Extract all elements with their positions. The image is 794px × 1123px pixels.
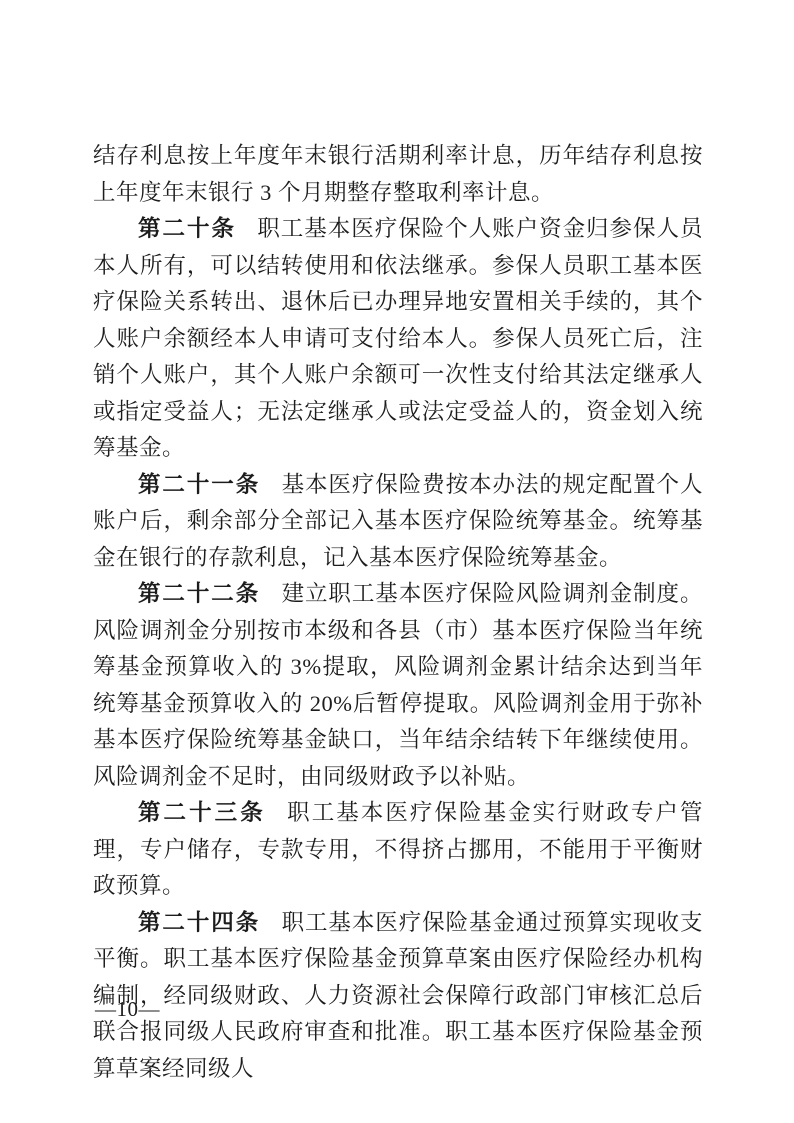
document-body: 结存利息按上年度年末银行活期利率计息，历年结存利息按上年度年末银行 3 个月期整… <box>93 138 703 1087</box>
paragraph-article-23: 第二十三条职工基本医疗保险基金实行财政专户管理，专户储存，专款专用，不得挤占挪用… <box>93 795 703 905</box>
article-number: 第二十四条 <box>138 910 260 935</box>
document-page: 结存利息按上年度年末银行活期利率计息，历年结存利息按上年度年末银行 3 个月期整… <box>0 0 794 1123</box>
article-number: 第二十二条 <box>138 581 260 606</box>
paragraph-text: 职工基本医疗保险个人账户资金归参保人员本人所有，可以结转使用和依法继承。参保人员… <box>93 216 703 460</box>
paragraph-article-21: 第二十一条基本医疗保险费按本办法的规定配置个人账户后，剩余部分全部记入基本医疗保… <box>93 467 703 577</box>
article-number: 第二十条 <box>138 216 236 241</box>
paragraph-text: 建立职工基本医疗保险风险调剂金制度。风险调剂金分别按市本级和各县（市）基本医疗保… <box>93 581 703 789</box>
paragraph-article-20: 第二十条职工基本医疗保险个人账户资金归参保人员本人所有，可以结转使用和依法继承。… <box>93 211 703 467</box>
page-number: —10— <box>95 997 160 1022</box>
paragraph-article-24: 第二十四条职工基本医疗保险基金通过预算实现收支平衡。职工基本医疗保险基金预算草案… <box>93 905 703 1088</box>
article-number: 第二十一条 <box>138 472 260 497</box>
article-number: 第二十三条 <box>138 800 266 825</box>
paragraph-text: 结存利息按上年度年末银行活期利率计息，历年结存利息按上年度年末银行 3 个月期整… <box>93 143 703 205</box>
paragraph-text: 职工基本医疗保险基金通过预算实现收支平衡。职工基本医疗保险基金预算草案由医疗保险… <box>93 910 703 1081</box>
paragraph-continuation: 结存利息按上年度年末银行活期利率计息，历年结存利息按上年度年末银行 3 个月期整… <box>93 138 703 211</box>
paragraph-article-22: 第二十二条建立职工基本医疗保险风险调剂金制度。风险调剂金分别按市本级和各县（市）… <box>93 576 703 795</box>
